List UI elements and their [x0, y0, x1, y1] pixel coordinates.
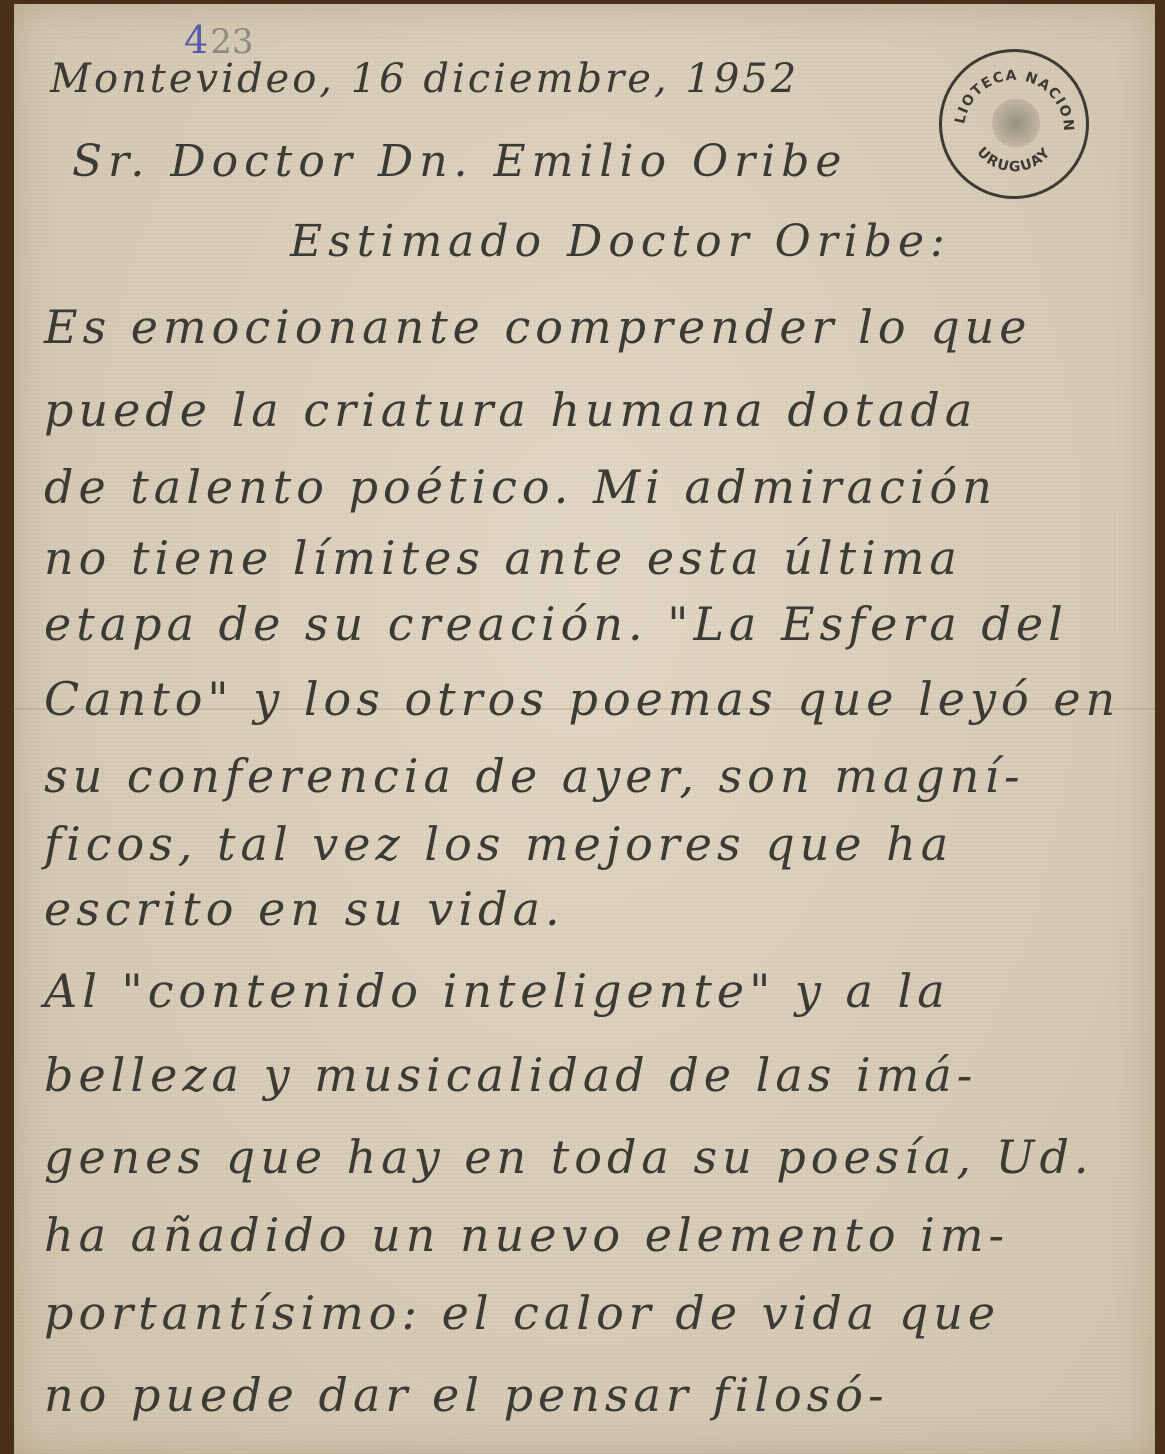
body-line: Canto" y los otros poemas que leyó en — [44, 672, 1120, 726]
body-line: Al "contenido inteligente" y a la — [44, 964, 950, 1018]
coat-of-arms-icon — [992, 98, 1040, 148]
body-line: ha añadido un nuevo elemento im- — [44, 1208, 1009, 1262]
body-line: de talento poético. Mi admiración — [44, 460, 997, 514]
body-line: no tiene límites ante esta última — [44, 531, 962, 585]
body-line: puede la criatura humana dotada — [44, 383, 977, 437]
body-line: genes que hay en toda su poesía, Ud. — [44, 1130, 1094, 1184]
date-line: Montevideo, 16 diciembre, 1952 — [50, 56, 799, 102]
body-line: portantísimo: el calor de vida que — [44, 1286, 1000, 1340]
stamp-bottom-text: URUGUAY — [974, 144, 1055, 175]
library-stamp: BIBLIOTECA NACIONAL URUGUAY — [939, 49, 1089, 199]
svg-text:URUGUAY: URUGUAY — [974, 144, 1055, 175]
recipient-line: Sr. Doctor Dn. Emilio Oribe — [72, 136, 847, 187]
body-line: Es emocionante comprender lo que — [44, 300, 1031, 354]
body-line: belleza y musicalidad de las imá- — [44, 1048, 977, 1102]
body-line: escrito en su vida. — [44, 882, 565, 936]
body-line: etapa de su creación. "La Esfera del — [44, 597, 1068, 651]
body-line: ficos, tal vez los mejores que ha — [44, 817, 953, 871]
body-line: su conferencia de ayer, son magní- — [44, 749, 1025, 803]
letter-sheet: 423 Montevideo, 16 diciembre, 1952 Sr. D… — [14, 4, 1155, 1454]
salutation-line: Estimado Doctor Oribe: — [290, 216, 951, 267]
body-line: no puede dar el pensar filosó- — [44, 1368, 889, 1422]
